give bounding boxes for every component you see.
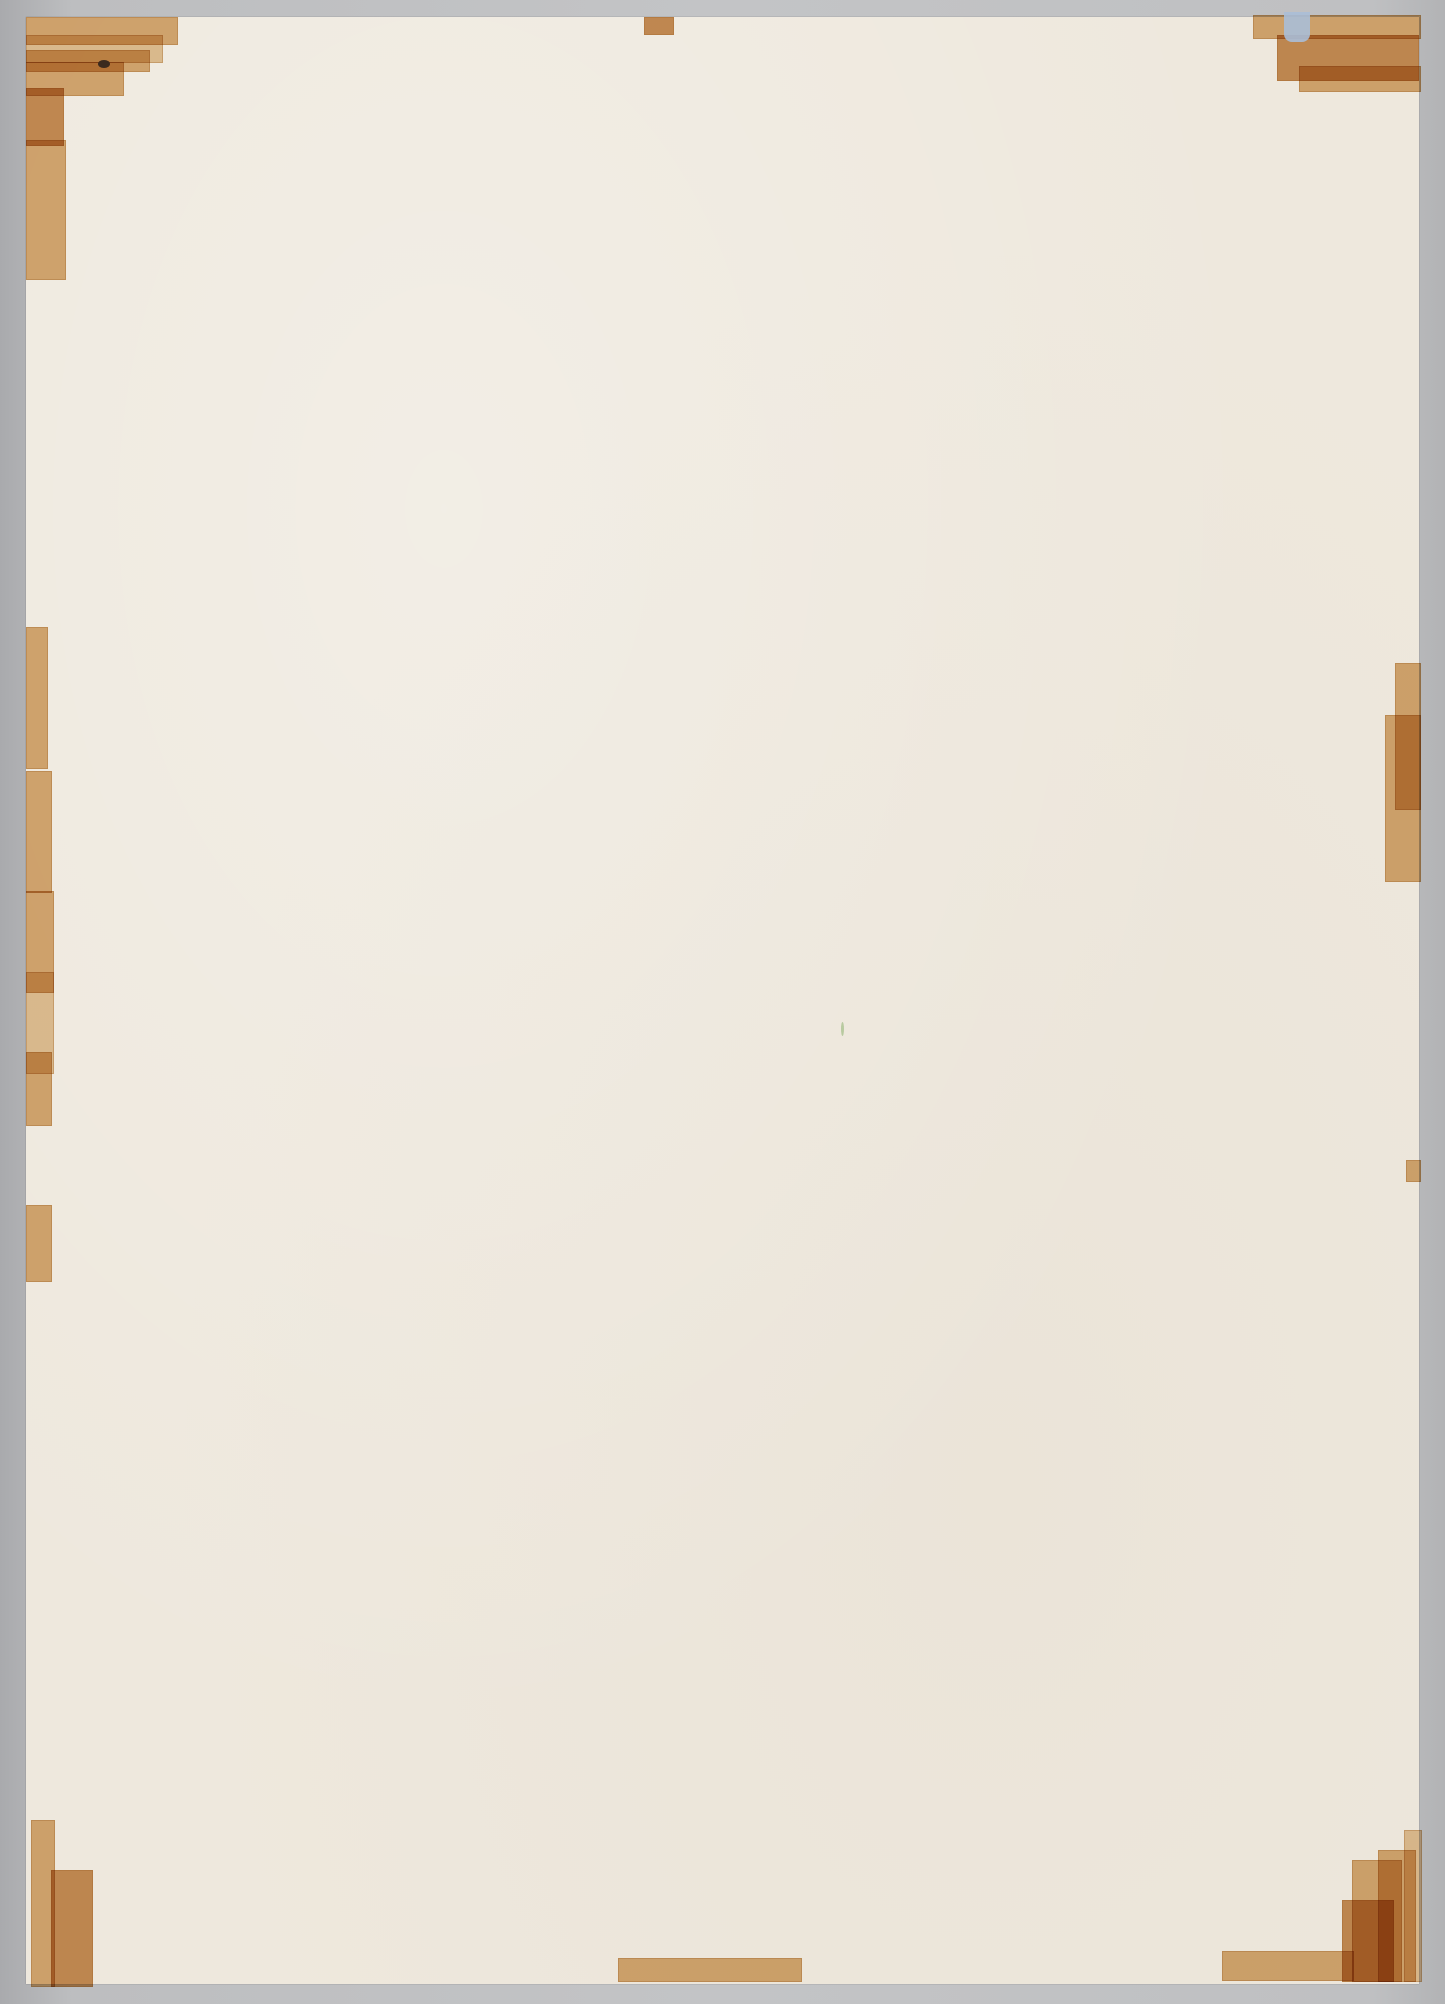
- tape-bottom-middle: [618, 1958, 802, 1982]
- paper-sheet: [26, 17, 1419, 1984]
- tape-top-right-blue: [1284, 12, 1310, 42]
- tape-top-middle: [644, 17, 674, 35]
- tape-top-left-stain: [98, 60, 110, 68]
- tape-right-edge-2: [1385, 715, 1421, 882]
- tape-top-right-3: [1299, 66, 1421, 92]
- paper-speck: [841, 1022, 844, 1036]
- tape-top-left-5: [26, 88, 64, 146]
- tape-top-left-6: [26, 140, 66, 280]
- tape-bottom-right-5: [1404, 1830, 1422, 1982]
- tape-left-edge-5: [26, 1052, 52, 1126]
- tape-bottom-right-1: [1222, 1951, 1354, 1981]
- tape-left-edge-6: [26, 1205, 52, 1282]
- tape-left-edge-1: [26, 627, 48, 769]
- tape-bottom-left-2: [51, 1870, 93, 1987]
- tape-right-edge-3: [1406, 1160, 1421, 1182]
- tape-left-edge-2: [26, 771, 52, 893]
